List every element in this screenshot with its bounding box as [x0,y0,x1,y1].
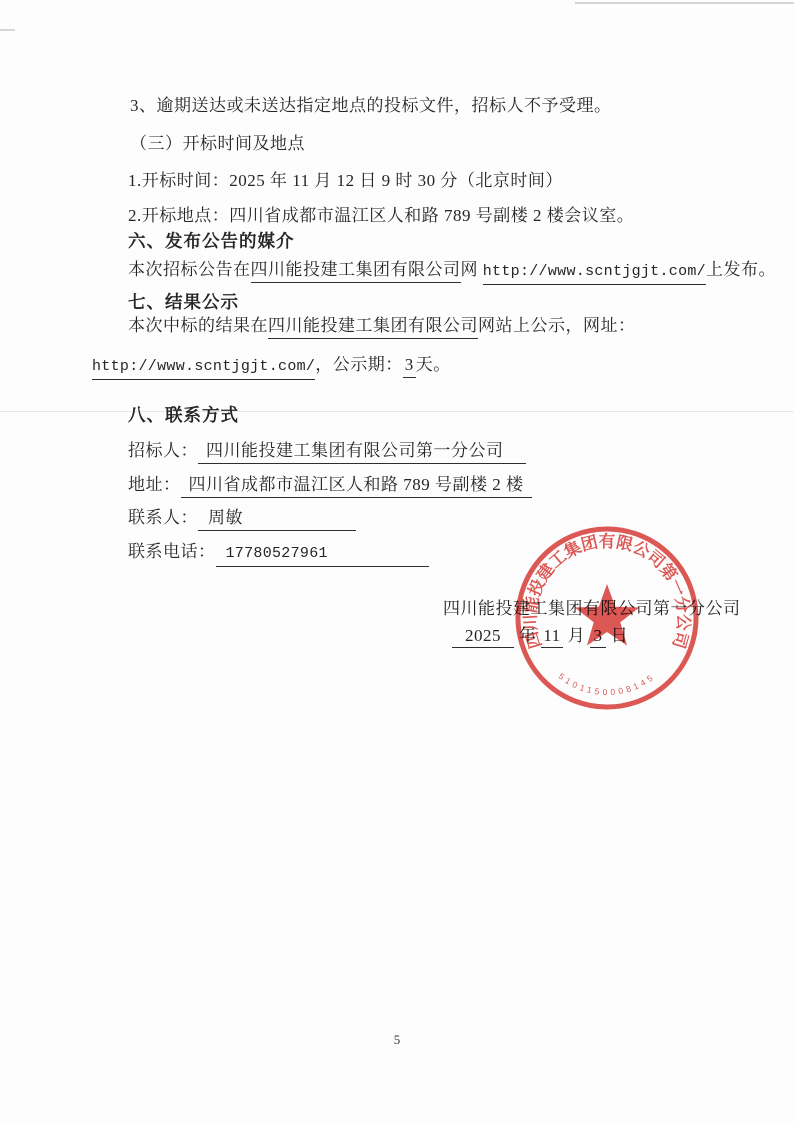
result-section-heading: 七、结果公示 [128,291,239,313]
contact-label: 招标人： [128,441,198,460]
page-number: 5 [0,1032,794,1048]
result-url: http://www.scntjgjt.com/ [92,356,315,380]
contact-row-person: 联系人：周敏 [128,507,356,531]
signature-year: 2025 [452,626,514,648]
contact-label: 地址： [128,475,181,494]
media-text-prefix: 本次招标公告在 [128,260,251,279]
scan-artifact-line [0,411,794,412]
contact-row-address: 地址：四川省成都市温江区人和路 789 号副楼 2 楼 [128,474,532,498]
contact-section-heading: 八、联系方式 [128,404,239,426]
result-period-days: 3 [403,354,416,378]
result-section-text: 本次中标的结果在四川能投建工集团有限公司网站上公示，网址： [128,315,636,339]
opening-place-line: 2.开标地点：四川省成都市温江区人和路 789 号副楼 2 楼会议室。 [128,205,634,227]
contact-value: 四川能投建工集团有限公司第一分公司 [198,440,526,464]
seal-star-icon [575,584,640,646]
contact-row-bidder: 招标人：四川能投建工集团有限公司第一分公司 [128,440,526,464]
contact-label: 联系人： [128,508,198,527]
company-seal-stamp: 四川能投建工集团有限公司第一分公司 5101150008145 [511,522,703,714]
scan-artifact-line [0,29,15,31]
opening-section-heading: （三）开标时间及地点 [130,133,305,155]
late-delivery-note: 3、逾期送达或未送达指定地点的投标文件，招标人不予受理。 [130,95,612,117]
media-url: http://www.scntjgjt.com/ [483,261,706,285]
media-text-suffix: 上发布。 [706,260,776,279]
contact-value: 四川省成都市温江区人和路 789 号副楼 2 楼 [181,474,532,498]
result-period-label: ，公示期： [315,355,403,374]
contact-row-phone: 联系电话：17780527961 [128,541,429,567]
result-text-suffix: 网站上公示，网址： [478,316,636,335]
result-url-line: http://www.scntjgjt.com/，公示期：3天。 [92,354,451,380]
result-text-prefix: 本次中标的结果在 [128,316,268,335]
contact-value: 周敏 [198,507,356,531]
opening-time-line: 1.开标时间：2025 年 11 月 12 日 9 时 30 分（北京时间） [128,170,563,192]
result-company-name: 四川能投建工集团有限公司 [268,315,478,339]
scan-artifact-line [575,2,794,4]
seal-serial-number: 5101150008145 [557,671,658,697]
result-period-suffix: 天。 [416,355,451,374]
media-company-name: 四川能投建工集团有限公司 [251,259,461,283]
document-page: 3、逾期送达或未送达指定地点的投标文件，招标人不予受理。 （三）开标时间及地点 … [0,0,794,1123]
contact-value: 17780527961 [216,543,429,567]
contact-label: 联系电话： [128,542,216,561]
media-text-mid: 网 [461,260,483,279]
media-section-heading: 六、发布公告的媒介 [128,230,295,252]
media-section-text: 本次招标公告在四川能投建工集团有限公司网 http://www.scntjgjt… [128,259,776,285]
